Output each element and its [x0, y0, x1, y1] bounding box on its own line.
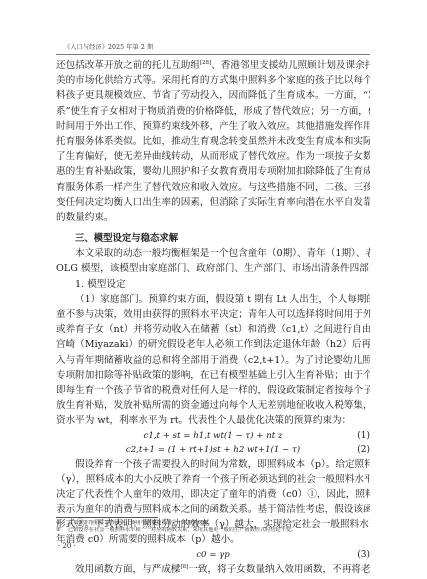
text-line: 托育服务体系类似。比如，推动生育观念转变虽然并未改变生育成本和实际收入，但改变: [56, 134, 370, 149]
text-line: OLG 模型，该模型由家庭部门、政府部门、生产部门、市场出清条件四部分共同刻画。: [56, 261, 370, 276]
text-line: 育服务体系一样产生了替代效应和收入效应。与这些措施不同，二孩、三孩生育政策未改: [56, 180, 370, 195]
text-line: （γ），照料成本的大小反映了养育一个孩子所必须达到的社会一般照料水平。由于照料水…: [56, 472, 370, 487]
footnote-rule: [56, 517, 158, 518]
text-line: 或养育子女（nt）并将劳动收入在储蓄（st）和消费（c1,t）之间进行自由分配。…: [56, 322, 370, 337]
footnote-1: ①在局部非饱和性等假设下，效用与消费存在着一一对应的关系。: [56, 520, 370, 527]
equation-3: c0 = γp (3): [56, 548, 370, 562]
text-line: 放生育补贴，发放补贴所需的资金通过向每个人无差别地征收收入税筹集，税率为 τ。令…: [56, 398, 370, 413]
article-body: 还包括改革开放之前的托儿互助组[28]、香港邻里支援幼儿照顾计划及课余托管服务[…: [56, 58, 370, 577]
equation-expression: c1,t + st = h1,t wt(1 − τ) + nt z: [56, 429, 370, 443]
text-line: 还包括改革开放之前的托儿互助组[28]、香港邻里支援幼儿照顾计划及课余托管服务[…: [56, 58, 370, 73]
text-line: 宫崎（Miyazaki）的研究假设老年人必须工作到法定退休年龄（h2）后再退休[…: [56, 337, 370, 352]
journal-page: 《人口与经济》2025 年第 2 期 还包括改革开放之前的托儿互助组[28]、香…: [56, 0, 370, 579]
footnote-text: 已假设存在社会一般照料水平和一一对应的函数关系，采用其他更一般的生产函数形式时结…: [68, 527, 296, 533]
text-line: 入与青年期储蓄收益的总和将全部用于消费（c2,t+1）。为了讨论婴幼儿照护和子女…: [56, 353, 370, 368]
equation-1: c1,t + st = h1,t wt(1 − τ) + nt z (1): [56, 429, 370, 443]
footnote-text: 在局部非饱和性等假设下，效用与消费存在着一一对应的关系。: [68, 520, 213, 526]
footnote-2: ②已假设存在社会一般照料水平和一一对应的函数关系，采用其他更一般的生产函数形式时…: [56, 527, 370, 534]
header-rule: [56, 54, 370, 55]
text-line: 童不参与决策，效用由获得的照料水平决定；青年人可以选择将时间用于外出劳动（h1,…: [56, 307, 370, 322]
equation-number: (1): [357, 429, 370, 443]
footnote-marker: ①: [56, 520, 68, 527]
text-line: （1）家庭部门。预算约束方面，假设第 t 期有 Lt 人出生，个人每期的时间禀赋…: [56, 292, 370, 307]
equation-expression: c0 = γp: [56, 548, 370, 562]
text-line: 变任何决定均衡人口出生率的因素，但消除了实际生育率向潜在水平自发靠拢时可能面临: [56, 195, 370, 210]
equation-expression: c2,t+1 = (1 + rt+1)st + h2 wt+1(1 − τ): [56, 443, 370, 457]
page-number: · 20 ·: [58, 542, 76, 551]
text-line: 的数量约束。: [56, 210, 370, 225]
text-line: 表示为童年的消费与照料成本之间的函数关系。基于简洁性考虑，假设该函数关系为线性: [56, 502, 370, 517]
footnote-marker: ②: [56, 527, 68, 534]
text-line: 料孩子更具规模效应、节省了劳动投入，因而降低了生育成本。一方面，“发展托育服务体: [56, 88, 370, 103]
text-line: 了生育偏好，使无差异曲线转动，从而形成了替代效应。作为一项按子女数量给予税收优: [56, 149, 370, 164]
text-line: 本文采取的动态一般均衡框架是一个包含童年（0期）、青年（1期）、老年（2期）的: [56, 246, 370, 261]
text-line: 时间用于外出工作、预算约束线外移，产生了收入效应。其他措施发挥作用的方式与发展: [56, 119, 370, 134]
section-heading: 三、模型设定与稳态求解: [56, 231, 370, 246]
equation-number: (3): [357, 548, 370, 562]
paragraph-1: 还包括改革开放之前的托儿互助组[28]、香港邻里支援幼儿照顾计划及课余托管服务[…: [56, 58, 370, 225]
running-header: 《人口与经济》2025 年第 2 期: [64, 44, 153, 52]
text-line: 即每生育一个孩子节省的税费对任何人是一样的，假设政策制定者按每个子女 z 元向家…: [56, 383, 370, 398]
text-line: 资水平为 wt，利率水平为 rt。代表性个人最优化决策的预算约束为：: [56, 413, 370, 428]
equation-number: (2): [357, 443, 370, 457]
text-line: 专项附加扣除等补贴政策的影响，在已有模型基础上引入生育补贴；由于个人是均质的，: [56, 368, 370, 383]
paragraph-3: （1）家庭部门。预算约束方面，假设第 t 期有 Lt 人出生，个人每期的时间禀赋…: [56, 292, 370, 429]
text-line: 惠的生育补贴政策，婴幼儿照护和子女教育费用专项附加扣除降低了生育成本，与发展托: [56, 164, 370, 179]
text-line: 效用函数方面，与严成樑[8]一致，将子女数量纳入效用函数，不再将老年期和青年期: [56, 562, 370, 577]
text-line: 系”使生育子女相对于物质消费的价格降低，形成了替代效应；另一方面，使家庭有更多: [56, 104, 370, 119]
text-line: 假设养育一个孩子需要投入的时间为常数，即照料成本（p）。给定照料劳动的效率: [56, 457, 370, 472]
paragraph-2: 本文采取的动态一般均衡框架是一个包含童年（0期）、青年（1期）、老年（2期）的 …: [56, 246, 370, 276]
text-line: 决定了代表性个人童年的效用，即决定了童年的消费（c0）①，因此，照料的生产函数可…: [56, 487, 370, 502]
subsection-heading: 1. 模型设定: [56, 277, 370, 292]
equation-2: c2,t+1 = (1 + rt+1)st + h2 wt+1(1 − τ) (…: [56, 443, 370, 457]
text-line: 美的市场化供给方式等。采用托育的方式集中照料多个家庭的孩子比以每个家庭为单位照: [56, 73, 370, 88]
citation-28[interactable]: [28]: [200, 60, 211, 66]
text-line: 年消费 c0）所需要的照料成本（p）越小。: [56, 532, 370, 547]
footnotes: ①在局部非饱和性等假设下，效用与消费存在着一一对应的关系。 ②已假设存在社会一般…: [56, 520, 370, 534]
